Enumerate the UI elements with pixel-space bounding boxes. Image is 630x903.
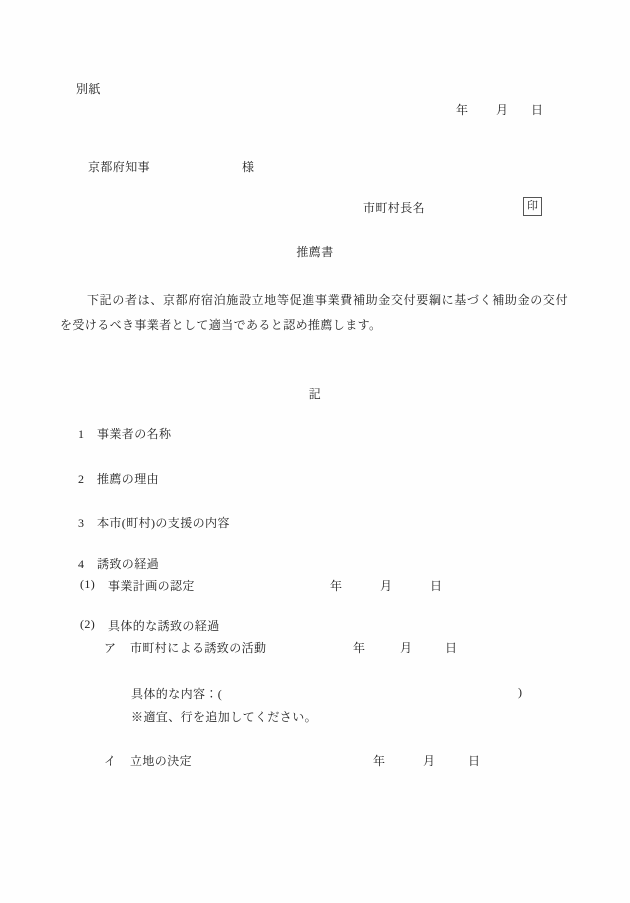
section-4-2-a-day-label: 日 bbox=[445, 639, 457, 656]
section-4-1-number: (1) bbox=[80, 577, 95, 592]
section-4-2-a-year-label: 年 bbox=[353, 639, 365, 656]
section-1-number: 1 bbox=[78, 427, 97, 442]
section-4-1-month-label: 月 bbox=[380, 577, 392, 594]
top-date-day-label: 日 bbox=[531, 101, 543, 118]
top-date-year-label: 年 bbox=[456, 101, 468, 118]
section-4-2-b-label: 立地の決定 bbox=[130, 752, 192, 769]
section-4-line: 4誘致の経過 bbox=[78, 555, 159, 572]
section-2-label: 推薦の理由 bbox=[97, 472, 159, 486]
section-4-label: 誘致の経過 bbox=[97, 557, 159, 571]
section-3-label: 本市(町村)の支援の内容 bbox=[97, 516, 230, 530]
section-1-label: 事業者の名称 bbox=[97, 427, 171, 441]
section-4-1-label: 事業計画の認定 bbox=[108, 577, 195, 594]
section-4-2-a-month-label: 月 bbox=[400, 639, 412, 656]
detail-content-label: 具体的な内容：( bbox=[131, 685, 222, 702]
signature-label: 市町村長名 bbox=[363, 199, 425, 216]
section-4-2-b-day-label: 日 bbox=[468, 752, 480, 769]
section-4-1-year-label: 年 bbox=[330, 577, 342, 594]
recommendation-letter-page: 別紙 年 月 日 京都府知事 様 市町村長名 印 推薦書 下記の者は、京都府宿泊… bbox=[0, 0, 630, 903]
section-1-line: 1事業者の名称 bbox=[78, 425, 171, 442]
detail-content-close-paren: ) bbox=[518, 685, 522, 700]
top-date-month-label: 月 bbox=[496, 101, 508, 118]
section-4-2-label: 具体的な誘致の経過 bbox=[108, 617, 220, 634]
section-4-2-b-year-label: 年 bbox=[373, 752, 385, 769]
add-rows-note: ※適宜、行を追加してください。 bbox=[131, 708, 317, 725]
section-4-number: 4 bbox=[78, 557, 97, 572]
section-4-2-a-number: ア bbox=[104, 639, 116, 656]
addressee-honorific: 様 bbox=[242, 158, 254, 175]
section-2-line: 2推薦の理由 bbox=[78, 470, 159, 487]
section-4-1-day-label: 日 bbox=[430, 577, 442, 594]
document-title: 推薦書 bbox=[0, 243, 630, 260]
record-marker: 記 bbox=[0, 385, 630, 402]
section-4-2-a-label: 市町村による誘致の活動 bbox=[130, 639, 266, 656]
section-2-number: 2 bbox=[78, 472, 97, 487]
seal-stamp-box: 印 bbox=[523, 197, 542, 216]
section-4-2-b-month-label: 月 bbox=[423, 752, 435, 769]
section-3-number: 3 bbox=[78, 516, 97, 531]
section-3-line: 3本市(町村)の支援の内容 bbox=[78, 514, 230, 531]
section-4-2-number: (2) bbox=[80, 617, 95, 632]
section-4-2-b-number: イ bbox=[104, 752, 116, 769]
body-paragraph: 下記の者は、京都府宿泊施設立地等促進事業費補助金交付要綱に基づく補助金の交付を受… bbox=[60, 288, 568, 338]
attachment-label: 別紙 bbox=[76, 80, 101, 97]
addressee-title: 京都府知事 bbox=[88, 158, 150, 175]
